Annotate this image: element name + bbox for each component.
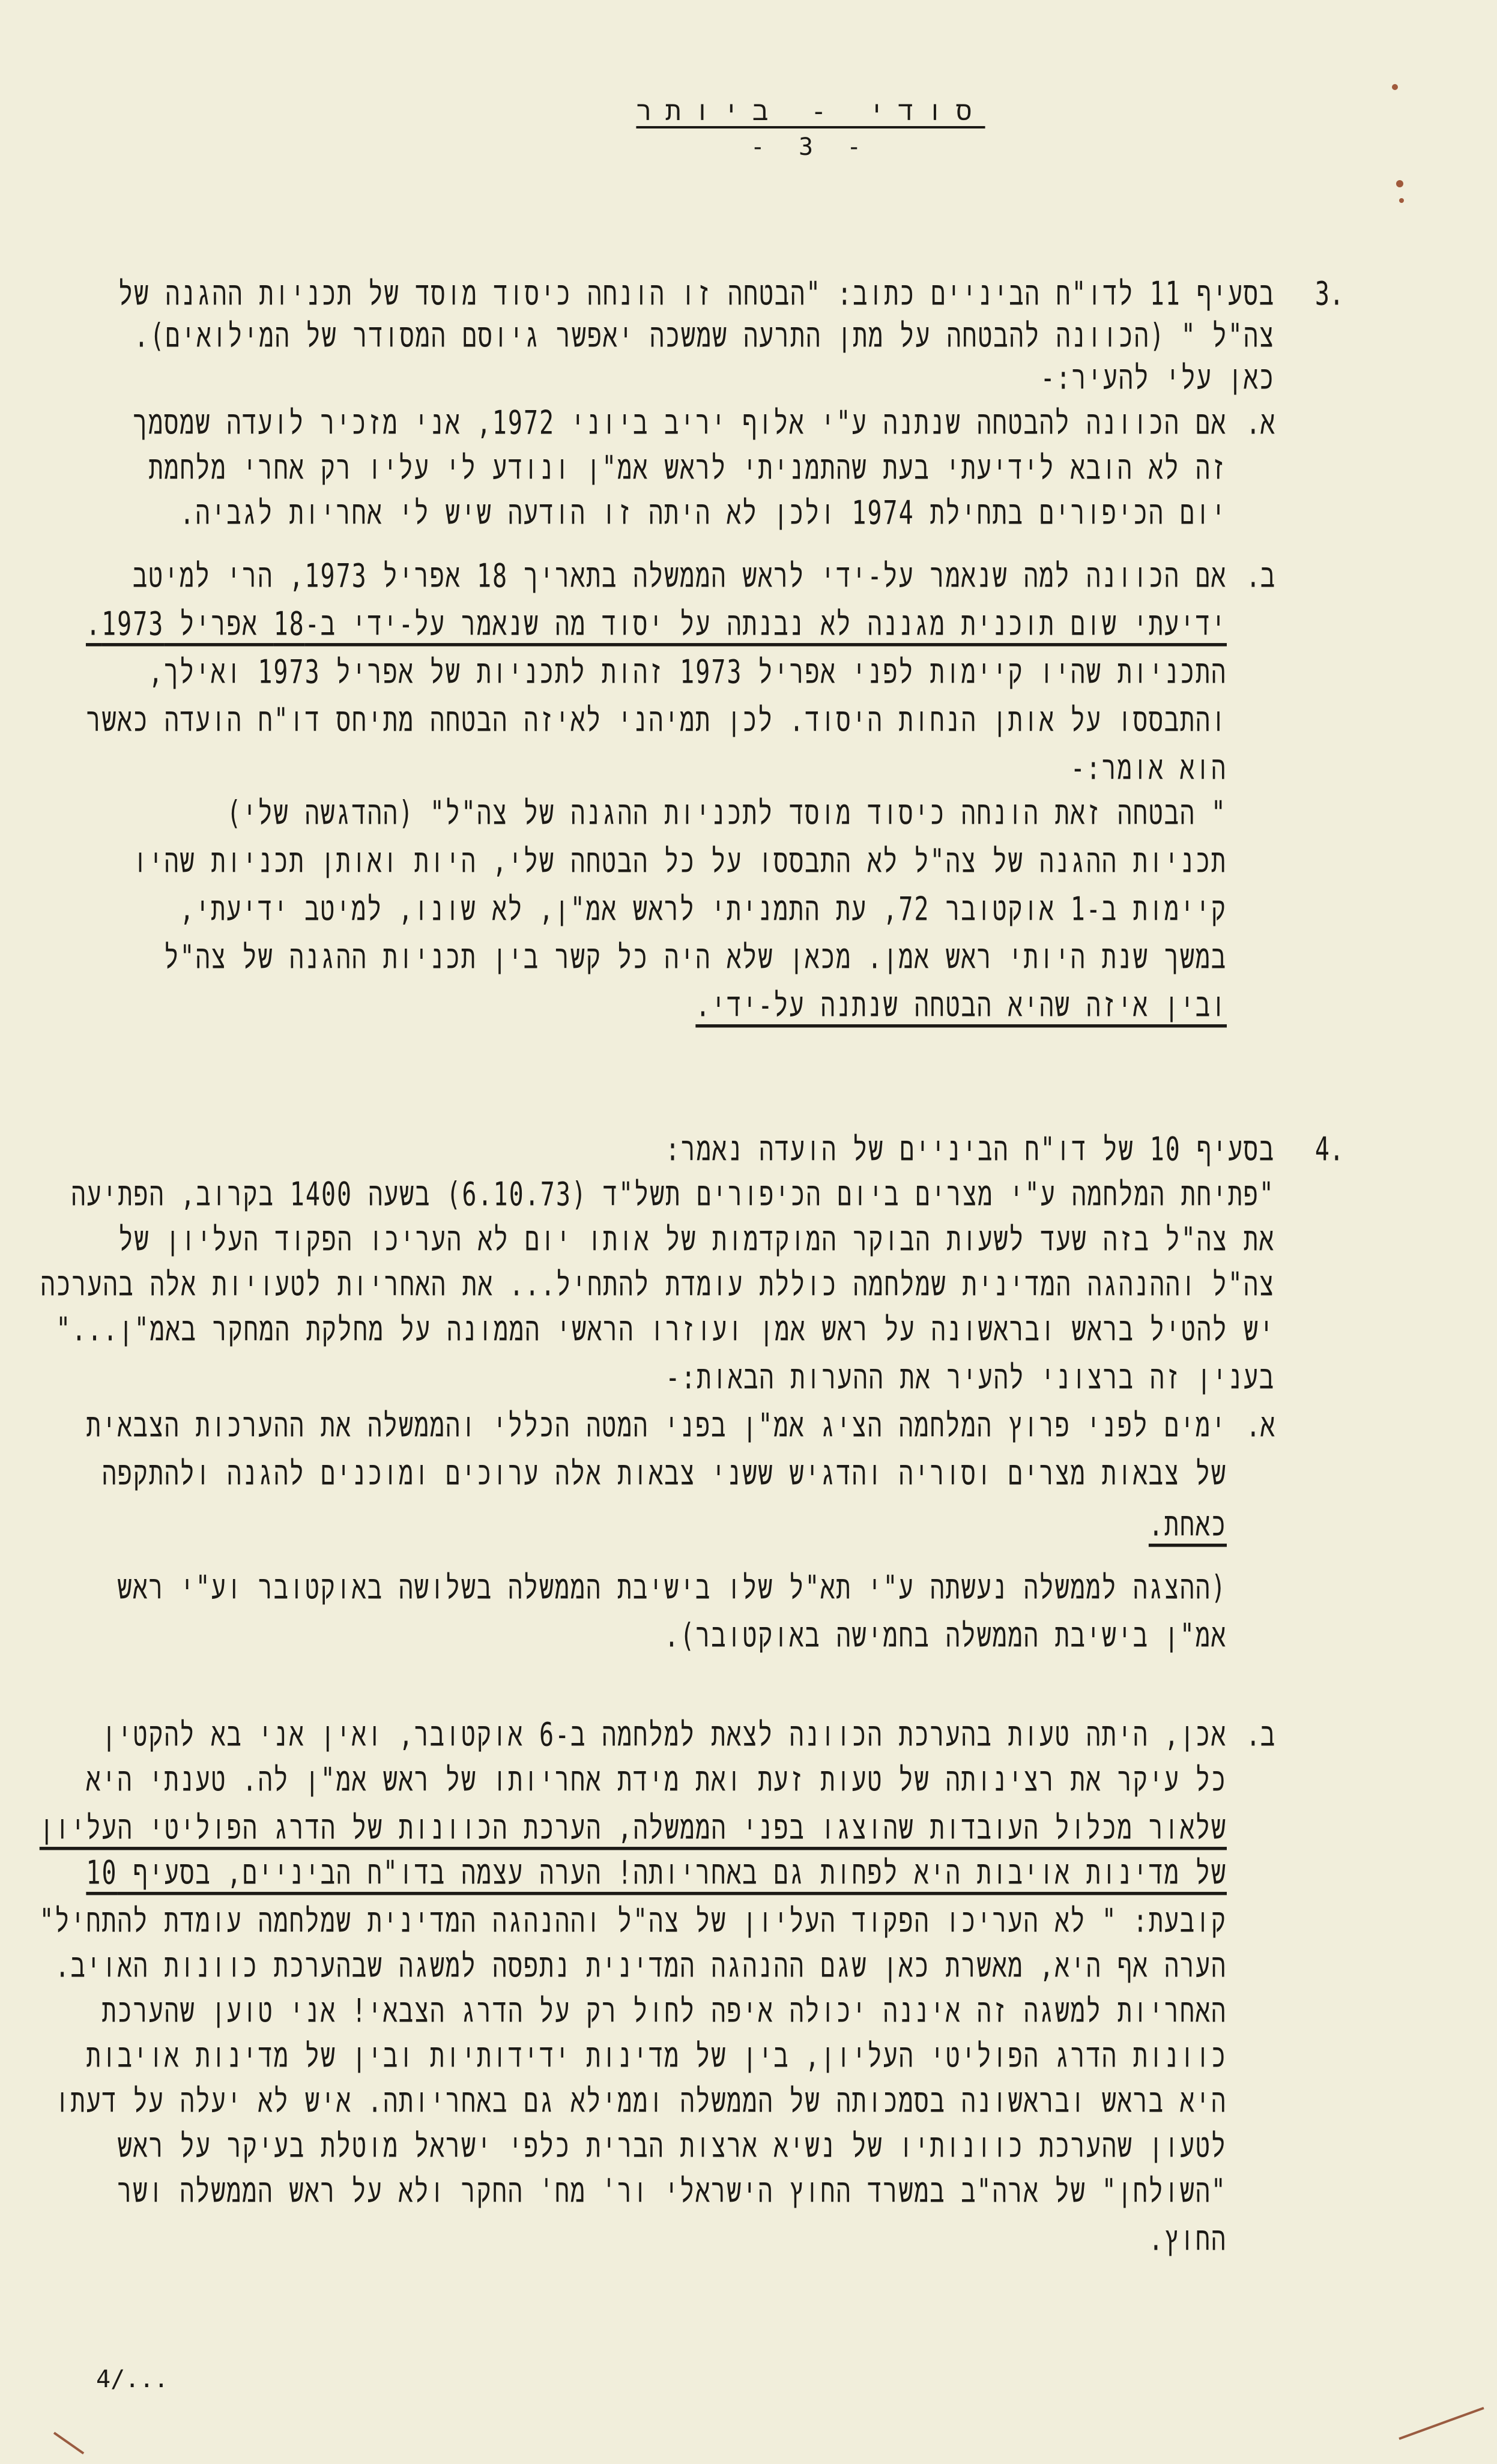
item-4b-line: קובעת: " לא העריכו הפקוד העליון של צה"ל … xyxy=(0,1897,1227,1946)
item-3a-label: א. xyxy=(1246,399,1275,448)
section-4-line: "פתיחת המלחמה ע"י מצרים ביום הכיפורים תש… xyxy=(0,1171,1275,1219)
quote-line: " הבטחה זאת הונחה כיסוד מוסד לתכניות ההג… xyxy=(0,790,1227,838)
quote-line-underlined: ובין איזה שהיא הבטחה שנתנה על-ידי. xyxy=(0,982,1227,1030)
item-4b-line: החוץ. xyxy=(0,2215,1227,2264)
section-3-line: צה"ל " (הכוונה להבטחה על מתן התרעה שמשכה… xyxy=(0,312,1275,361)
item-4a-note: אמ"ן בישיבת הממשלה בחמישה באוקטובר). xyxy=(0,1612,1227,1661)
item-3a-line: יום הכיפורים בתחילת 1974 ולכן לא היתה זו… xyxy=(0,489,1227,538)
item-4a-line: של צבאות מצרים וסוריה והדגיש ששני צבאות … xyxy=(0,1450,1227,1499)
section-4-line: צה"ל וההנהגה המדינית שמלחמה כוללת עומדת … xyxy=(0,1261,1275,1309)
item-3b-line: אם הכוונה למה שנאמר על-ידי לראש הממשלה ב… xyxy=(0,552,1227,601)
item-3a-line: זה לא הובא לידיעתי בעת שהתמניתי לראש אמ"… xyxy=(0,444,1227,493)
ink-spot xyxy=(1396,180,1403,187)
item-4b-line-underlined: של מדינות אויבות היא לפחות גם באחריותה! … xyxy=(0,1849,1227,1898)
item-4a-line: כאחת. xyxy=(0,1501,1227,1550)
item-4b-line: כל עיקר את רצינותה של טעות זעת ואת מידת … xyxy=(0,1756,1227,1805)
item-4a-label: א. xyxy=(1246,1402,1275,1451)
quote-line-underlined: במשך שנת היותי ראש אמן. מכאן שלא היה כל … xyxy=(0,934,1227,982)
quote-line: קיימות ב-1 אוקטובר 72, עת התמניתי לראש א… xyxy=(0,886,1227,934)
item-4b-line: לטעון שהערכת כוונותיו של נשיא ארצות הברי… xyxy=(0,2122,1227,2171)
quote-line: תכניות ההגנה של צה"ל לא התבססו על כל הבט… xyxy=(0,838,1227,886)
item-4b-line: האחריות למשגה זה איננה יכולה איפה לחול ר… xyxy=(0,1987,1227,2036)
item-4a-line: ימים לפני פרוץ המלחמה הציג אמ"ן בפני המט… xyxy=(0,1402,1227,1451)
item-4b-line: כוונות הדרג הפוליטי העליון, בין של מדינו… xyxy=(0,2032,1227,2081)
classification-header: סודי - ביותר xyxy=(600,96,1021,128)
section-3-line: כאן עלי להעיר:- xyxy=(0,354,1275,403)
item-4b-line: היא בראש ובראשונה בסמכותה של הממשלה וממי… xyxy=(0,2077,1227,2126)
item-4b-label: ב. xyxy=(1246,1711,1275,1760)
item-4b-line: אכן, היתה טעות בהערכת הכוונה לצאת למלחמה… xyxy=(0,1711,1227,1760)
item-3b-line-underlined: ידיעתי שום תוכנית מגננה לא נבנתה על יסוד… xyxy=(0,600,1227,649)
item-4b-line-underlined: שלאור מכלול העובדות שהוצגו בפני הממשלה, … xyxy=(0,1804,1227,1853)
item-3b-line: התכניות שהיו קיימות לפני אפריל 1973 זהות… xyxy=(0,648,1227,697)
item-3b-line: והתבססו על אותן הנחות היסוד. לכן תמיהני … xyxy=(0,696,1227,745)
document-page: סודי - ביותר - 3 - .3 בסעיף 11 לדו"ח הבי… xyxy=(0,0,1497,2464)
section-3-line: בסעיף 11 לדו"ח הביניים כתוב: "הבטחה זו ה… xyxy=(0,270,1275,319)
ink-spot xyxy=(1392,84,1398,90)
item-3b-line: הוא אומר:- xyxy=(0,744,1227,793)
section-4-line: את צה"ל בזה שעד לשעות הבוקר המוקדמות של … xyxy=(0,1216,1275,1264)
continuation-marker: 4/... xyxy=(96,2366,168,2393)
section-4-line: יש להטיל בראש ובראשונה על ראש אמן ועוזרו… xyxy=(0,1306,1275,1354)
item-3b-label: ב. xyxy=(1246,552,1275,601)
section-3-number: .3 xyxy=(1315,270,1344,319)
item-3a-line: אם הכוונה להבטחה שנתנה ע"י אלוף יריב ביו… xyxy=(0,399,1227,448)
ink-spot xyxy=(1399,198,1404,203)
item-4b-line: "השולחן" של ארה"ב במשרד החוץ הישראלי ור'… xyxy=(0,2167,1227,2216)
item-4a-note: (ההצגה לממשלה נעשתה ע"י תא"ל שלו בישיבת … xyxy=(0,1564,1227,1613)
section-4-line: בסעיף 10 של דו"ח הביניים של הועדה נאמר: xyxy=(0,1126,1275,1174)
page-number: - 3 - xyxy=(600,133,1021,161)
item-4b-line: הערה אף היא, מאשרת כאן שגם ההנהגה המדיני… xyxy=(0,1942,1227,1991)
section-4-number: .4 xyxy=(1315,1126,1344,1174)
section-4-line: בענין זה ברצוני להעיר את ההערות הבאות:- xyxy=(0,1354,1275,1403)
